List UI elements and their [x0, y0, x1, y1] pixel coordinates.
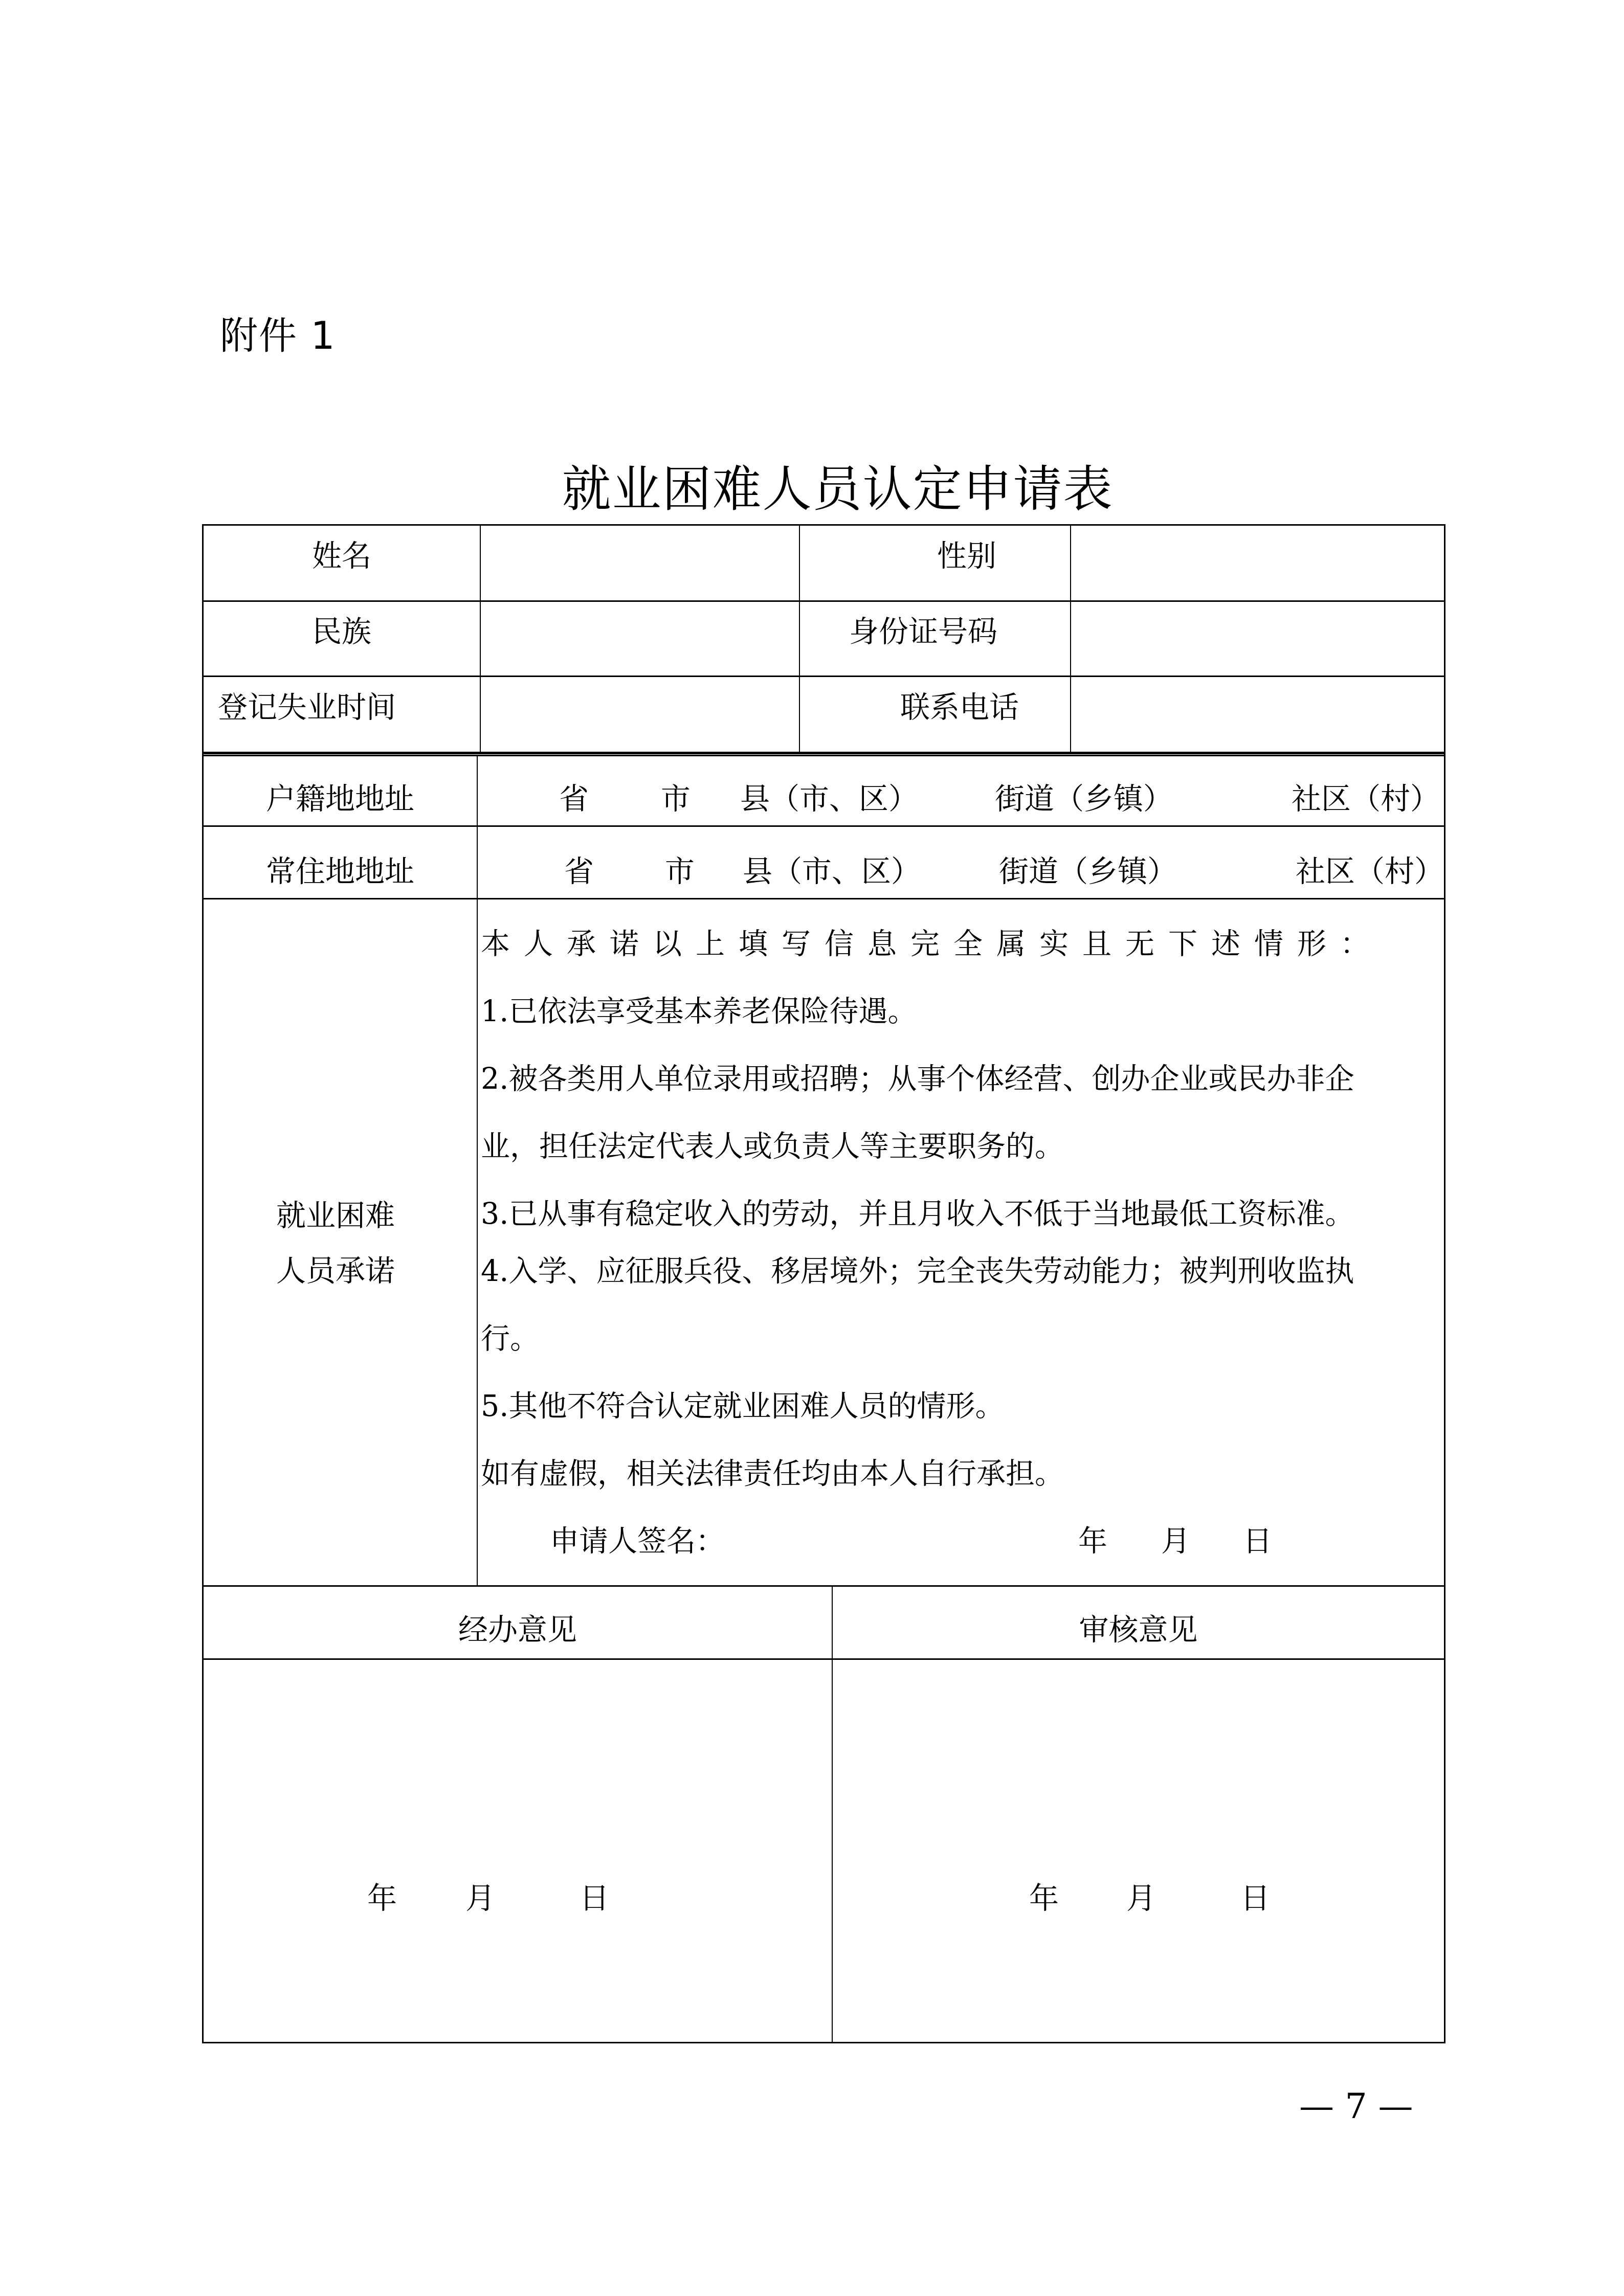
section-divider	[202, 755, 1445, 756]
col-divider	[480, 524, 481, 753]
signature-field[interactable]	[737, 1514, 1064, 1560]
ethnicity-label: 民族	[204, 607, 480, 650]
signature-date-day: 日	[1243, 1518, 1272, 1560]
row-divider	[202, 1585, 1445, 1587]
household-address-label: 户籍地地址	[204, 775, 477, 818]
table-border-bottom	[202, 2042, 1445, 2043]
pledge-intro: 本人承诺以上填写信息完全属实且无下述情形：	[481, 920, 1383, 962]
pledge-liability: 如有虚假，相关法律责任均由本人自行承担。	[481, 1450, 1064, 1492]
row-divider	[202, 898, 1445, 899]
id-number-field[interactable]	[1072, 602, 1443, 676]
pledge-label-line2: 人员承诺	[276, 1247, 395, 1290]
signature-date-year: 年	[1078, 1518, 1107, 1560]
unemployment-date-label: 登记失业时间	[218, 683, 396, 726]
attachment-label: 附件 1	[220, 306, 336, 360]
signature-label: 申请人签名：	[550, 1518, 725, 1560]
community-suffix: 社区（村）	[1292, 775, 1440, 818]
pledge-item-continued: 业，担任法定代表人或负责人等主要职务的。	[481, 1123, 1064, 1165]
city-suffix: 市	[665, 847, 695, 890]
street-suffix: 街道（乡镇）	[995, 775, 1173, 818]
city-suffix: 市	[661, 775, 691, 818]
pledge-item: 4.入学、应征服兵役、移居境外；完全丧失劳动能力；被判刑收监执	[481, 1248, 1354, 1290]
col-divider	[799, 524, 800, 753]
community-suffix: 社区（村）	[1296, 847, 1444, 890]
residence-address-label: 常住地地址	[204, 847, 477, 890]
col-divider	[832, 1585, 833, 2043]
unemployment-date-field[interactable]	[481, 677, 798, 751]
phone-field[interactable]	[1072, 677, 1443, 751]
phone-label: 联系电话	[900, 683, 1019, 726]
page-number: — 7 —	[1299, 2086, 1413, 2127]
section-divider	[202, 752, 1445, 754]
row-divider	[202, 825, 1445, 827]
reviewer-opinion-field[interactable]	[833, 1660, 1444, 2041]
pledge-item: 3.已从事有稳定收入的劳动，并且月收入不低于当地最低工资标准。	[481, 1190, 1354, 1232]
reviewer-date-day: 日	[1240, 1874, 1270, 1917]
name-label: 姓名	[204, 532, 480, 575]
col-divider	[1070, 524, 1071, 753]
col-divider	[477, 755, 478, 1586]
form-title: 就业困难人员认定申请表	[0, 450, 1624, 520]
gender-field[interactable]	[1072, 526, 1443, 600]
name-field[interactable]	[481, 526, 798, 600]
handler-date-month: 月	[465, 1874, 495, 1917]
id-number-label: 身份证号码	[849, 607, 997, 650]
pledge-item: 2.被各类用人单位录用或招聘；从事个体经营、创办企业或民办非企	[481, 1055, 1354, 1097]
street-suffix: 街道（乡镇）	[999, 847, 1177, 890]
reviewer-date-month: 月	[1126, 1874, 1156, 1917]
reviewer-date-year: 年	[1029, 1874, 1059, 1917]
handler-opinion-label: 经办意见	[204, 1606, 832, 1649]
county-suffix: 县（市、区）	[740, 775, 918, 818]
reviewer-opinion-label: 审核意见	[833, 1606, 1444, 1649]
province-suffix: 省	[564, 847, 594, 890]
gender-label: 性别	[937, 532, 996, 575]
pledge-item-continued: 行。	[481, 1315, 539, 1357]
pledge-item: 1.已依法享受基本养老保险待遇。	[481, 988, 917, 1030]
pledge-item: 5.其他不符合认定就业困难人员的情形。	[481, 1383, 1004, 1425]
ethnicity-field[interactable]	[481, 602, 798, 676]
pledge-label-line1: 就业困难	[276, 1191, 395, 1234]
province-suffix: 省	[559, 775, 589, 818]
county-suffix: 县（市、区）	[743, 847, 921, 890]
handler-opinion-field[interactable]	[204, 1660, 832, 2041]
handler-date-year: 年	[367, 1874, 397, 1917]
signature-date-month: 月	[1161, 1518, 1190, 1560]
handler-date-day: 日	[580, 1874, 609, 1917]
